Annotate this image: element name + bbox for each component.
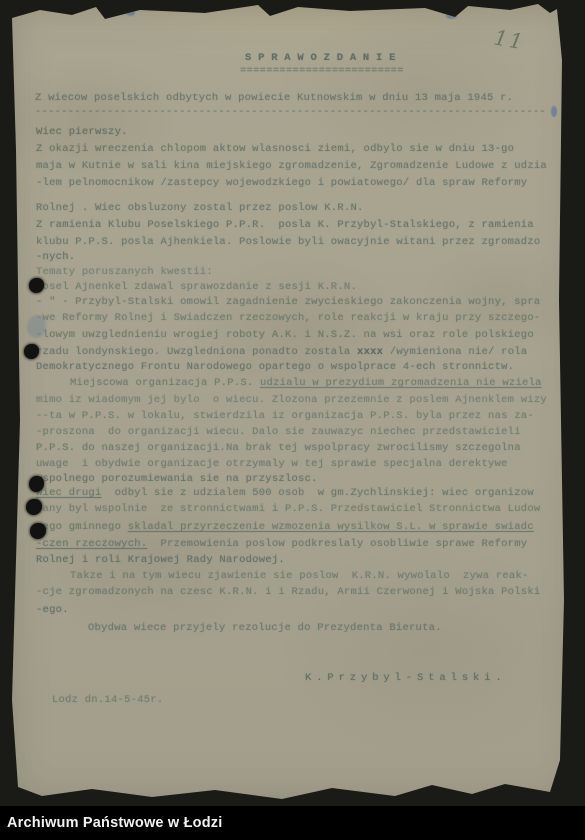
typed-line: -we Reformy Rolnej i Swiadczen rzeczowyc… (36, 312, 540, 324)
place-date: Lodz dn.14-5-45r. (52, 694, 163, 706)
handwritten-page-number: 11 (492, 26, 526, 55)
ink-smudge (27, 315, 46, 338)
hole-punch (30, 523, 46, 539)
typed-line: Rolnej . Wiec obsluzony zostal przez pos… (36, 202, 364, 214)
archive-watermark-bar: Archiwum Państwowe w Łodzi (0, 806, 585, 840)
typed-line: wspolnego porozumiewania sie na przyszlo… (36, 473, 318, 485)
typed-line: Posel Ajnenkel zdawal sprawozdanie z ses… (36, 281, 357, 293)
typed-line: P.P.S. do naszej organizacji.Na brak tej… (36, 442, 521, 454)
typed-line: -cje zgromadzonych na czesc K.R.N. i i R… (36, 586, 540, 598)
archive-watermark-label: Archiwum Państwowe w Łodzi (0, 815, 222, 831)
typed-line: Miejscowa organizacja P.P.S. udzialu w p… (70, 377, 542, 389)
typed-line: Obydwa wiece przyjely rezolucje do Prezy… (88, 622, 442, 634)
typed-line: maja w Kutnie w sali kina miejskiego zgr… (36, 160, 547, 172)
document-title: S P R A W O Z D A N I E (245, 52, 396, 64)
signature: K.Przybyl-Stalski. (305, 672, 507, 684)
typed-line: rzadu londynskiego. Uwzgledniona ponadto… (36, 346, 527, 358)
typed-line: Wiec pierwszy. (36, 126, 128, 138)
title-underline: ========================= (240, 65, 404, 77)
typed-line: mimo iz wiadomym jej bylo o wiecu. Zlozo… (36, 394, 547, 406)
typed-line: Z okazji wreczenia chlopom aktow wlasnos… (36, 143, 514, 155)
typed-line: Rolnej i roli Krajowej Rady Narodowej. (36, 554, 285, 566)
document-subtitle: Z wiecow poselskich odbytych w powiecie … (35, 92, 513, 104)
typed-line: Z ramienia Klubu Poselskiego P.P.R. posl… (36, 219, 534, 231)
typed-line: Takze i na tym wiecu zjawienie sie poslo… (70, 570, 529, 582)
typed-line: - " - Przybyl-Stalski omowil zagadnienie… (36, 296, 540, 308)
typed-line: -any byl wspolnie ze stronnictwami i P.P… (36, 503, 540, 515)
typed-line: Tematy poruszanych kwestii: (36, 266, 213, 278)
typed-line: klubu P.P.S. posla Ajhenkiela. Poslowie … (36, 236, 540, 248)
pen-mark (446, 13, 457, 19)
typed-line: -czen rzeczowych. Przemowienia poslow po… (36, 538, 527, 550)
pen-mark (551, 106, 557, 117)
typed-line: Wiec drugi odbyl sie z udzialem 500 osob… (36, 487, 534, 499)
typed-line: -ego gminnego skladal przyrzeczenie wzmo… (36, 521, 534, 533)
pen-mark (126, 10, 135, 16)
typed-line: -lowym uwzglednieniu wrogiej roboty A.K.… (36, 329, 534, 341)
document-page: S P R A W O Z D A N I E ================… (0, 0, 585, 812)
typed-line: --ta w P.P.S. w lokalu, stwierdzila iz o… (36, 410, 534, 422)
typed-line: Demokratycznego Frontu Narodowego oparte… (36, 361, 514, 373)
typed-line: uwage i obydwie organizacje otrzymaly w … (36, 458, 508, 470)
typed-line: -nych. (36, 251, 75, 263)
typed-line: -ego. (36, 604, 69, 616)
typed-line: -lem pelnomocnikow /zastepcy wojewodzkie… (36, 177, 527, 189)
subtitle-underline: ----------------------------------------… (35, 106, 546, 118)
scanned-document: S P R A W O Z D A N I E ================… (0, 0, 585, 840)
typed-line: -proszona do organizacji wiecu. Dalo sie… (36, 426, 521, 438)
